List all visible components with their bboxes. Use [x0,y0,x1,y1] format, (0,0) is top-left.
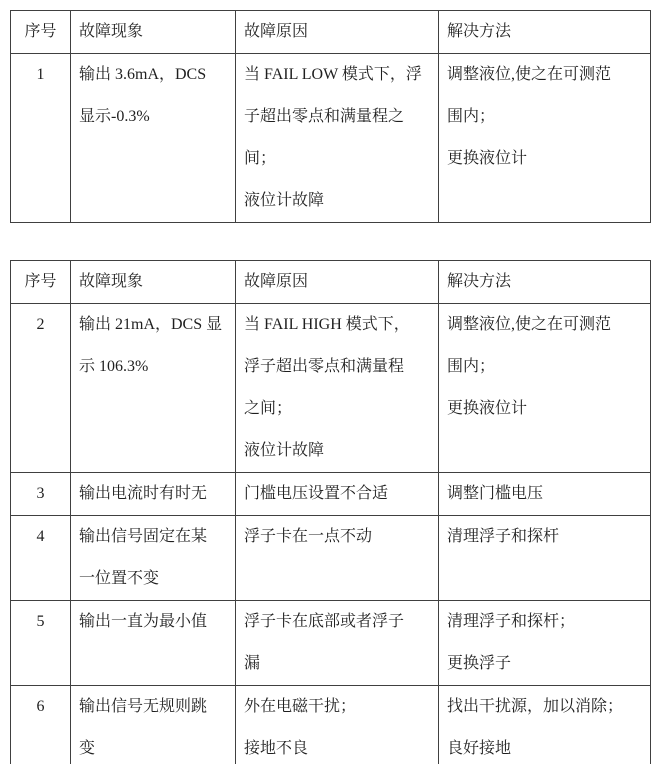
cell-cause: 门槛电压设置不合适 [236,473,439,516]
column-header-phenomenon: 故障现象 [71,261,236,304]
table-row: 5 输出一直为最小值 浮子卡在底部或者浮子 漏 清理浮子和探杆； 更换浮子 [11,601,651,686]
table-row: 6 输出信号无规则跳 变 外在电磁干扰； 接地不良 找出干扰源，加以消除； 良好… [11,686,651,764]
cell-phenomenon: 输出电流时有时无 [71,473,236,516]
fault-table-1: 序号 故障现象 故障原因 解决方法 1 输出 3.6mA，DCS 显示-0.3%… [10,10,651,223]
cell-phenomenon: 输出一直为最小值 [71,601,236,686]
cell-solution: 找出干扰源，加以消除； 良好接地 [439,686,651,764]
cell-cause: 浮子卡在一点不动 [236,516,439,601]
cell-phenomenon: 输出 21mA，DCS 显 示 106.3% [71,304,236,473]
cell-index: 3 [11,473,71,516]
cell-solution: 调整液位,使之在可测范 围内； 更换液位计 [439,304,651,473]
cell-cause: 当 FAIL HIGH 模式下， 浮子超出零点和满量程 之间； 液位计故障 [236,304,439,473]
column-header-solution: 解决方法 [439,261,651,304]
cell-phenomenon: 输出信号固定在某 一位置不变 [71,516,236,601]
cell-phenomenon: 输出 3.6mA，DCS 显示-0.3% [71,54,236,223]
cell-solution: 清理浮子和探杆 [439,516,651,601]
cell-solution: 调整门槛电压 [439,473,651,516]
cell-cause: 当 FAIL LOW 模式下，浮 子超出零点和满量程之 间； 液位计故障 [236,54,439,223]
cell-index: 4 [11,516,71,601]
cell-index: 5 [11,601,71,686]
column-header-phenomenon: 故障现象 [71,11,236,54]
column-header-solution: 解决方法 [439,11,651,54]
table-row: 2 输出 21mA，DCS 显 示 106.3% 当 FAIL HIGH 模式下… [11,304,651,473]
table2-header-row: 序号 故障现象 故障原因 解决方法 [11,261,651,304]
fault-table-2: 序号 故障现象 故障原因 解决方法 2 输出 21mA，DCS 显 示 106.… [10,260,651,764]
column-header-cause: 故障原因 [236,11,439,54]
cell-cause: 外在电磁干扰； 接地不良 [236,686,439,764]
cell-phenomenon: 输出信号无规则跳 变 [71,686,236,764]
cell-index: 6 [11,686,71,764]
cell-cause: 浮子卡在底部或者浮子 漏 [236,601,439,686]
table1-header-row: 序号 故障现象 故障原因 解决方法 [11,11,651,54]
cell-index: 1 [11,54,71,223]
document-page: 序号 故障现象 故障原因 解决方法 1 输出 3.6mA，DCS 显示-0.3%… [0,0,660,764]
column-header-cause: 故障原因 [236,261,439,304]
table-row: 4 输出信号固定在某 一位置不变 浮子卡在一点不动 清理浮子和探杆 [11,516,651,601]
cell-solution: 调整液位,使之在可测范 围内； 更换液位计 [439,54,651,223]
table-row: 1 输出 3.6mA，DCS 显示-0.3% 当 FAIL LOW 模式下，浮 … [11,54,651,223]
column-header-index: 序号 [11,11,71,54]
table-row: 3 输出电流时有时无 门槛电压设置不合适 调整门槛电压 [11,473,651,516]
cell-index: 2 [11,304,71,473]
column-header-index: 序号 [11,261,71,304]
cell-solution: 清理浮子和探杆； 更换浮子 [439,601,651,686]
